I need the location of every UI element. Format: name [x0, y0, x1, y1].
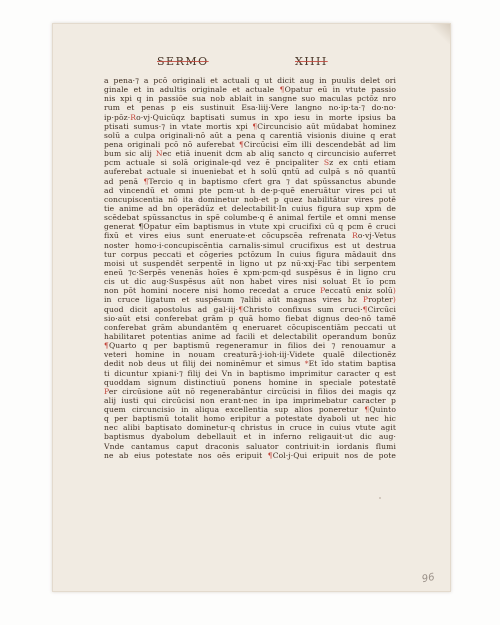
- text-line: nis xpi q in passiōe sua nob ablait in s…: [104, 94, 396, 103]
- text-line: pcm actuale si solā originale·qd vez ē p…: [104, 158, 396, 167]
- text-line: ne ab eius potestate nos oēs eripuit ¶Co…: [104, 451, 396, 460]
- text-line: pena originali pcō nō auferebat ¶Circūci…: [104, 140, 396, 149]
- text-line: eneū ⁊c·Serpēs venenās hoīes ē xpm·pcm·q…: [104, 268, 396, 277]
- text-line: ¶Quarto q per baptismū regeneramur in fi…: [104, 341, 396, 350]
- page-corner-fold: [430, 24, 450, 44]
- text-line: rum et penas p eis sustinuit Esa·liij·Ve…: [104, 103, 396, 112]
- text-line: conferebat grām abundantēm q eneruaret c…: [104, 323, 396, 332]
- text-line: tur corpus peccati et cōgeries pctōzum I…: [104, 250, 396, 259]
- rubric-mark: N: [156, 149, 163, 158]
- text-line: moisi ut suspendēt serpentē in ligno ut …: [104, 259, 396, 268]
- text-line: noster homo·i·concupiscēntia carnalis·si…: [104, 241, 396, 250]
- running-head: SERMO XIIII: [53, 55, 450, 69]
- text-line: fixū et vires eius sunt eneruate·et cōcu…: [104, 231, 396, 240]
- running-head-title: SERMO: [157, 55, 209, 68]
- rubric-mark: ): [393, 286, 396, 295]
- text-line: ptisati sumus·⁊ in vtate mortis xpi ¶Cir…: [104, 122, 396, 131]
- text-line: a pena·⁊ a pcō originali et actuali q ut…: [104, 76, 396, 85]
- text-line: bum sic alij Nec etiā inuenit dcm ab ali…: [104, 149, 396, 158]
- text-line: q per baptismū totalit homo eripitur a p…: [104, 414, 396, 423]
- book-page: SERMO XIIII a pena·⁊ a pcō originali et …: [52, 23, 451, 592]
- paper-speck: [379, 497, 381, 499]
- text-line: ginale et in adultis originale et actual…: [104, 85, 396, 94]
- text-line: nec alibi baptisato dominetur·q christus…: [104, 423, 396, 432]
- text-line: quoddam signum distinctiuū ponens homine…: [104, 378, 396, 387]
- text-line: veteri homine in nouam creaturā·j·ioh·ii…: [104, 350, 396, 359]
- running-head-sermon-number: XIIII: [295, 55, 328, 68]
- pencil-folio-number: 96: [421, 572, 436, 585]
- text-line: Vnde cantamus caput draconis saluator co…: [104, 442, 396, 451]
- text-line: concupiscentia nō ita dominetur nob·et p…: [104, 195, 396, 204]
- text-line: alij iusti qui circūcisi non erant·nec i…: [104, 396, 396, 405]
- text-line: baptismus dyabolum debellauit et in infe…: [104, 432, 396, 441]
- text-line: scēdebat spūssanctus in spē columbe·q ē …: [104, 213, 396, 222]
- text-line: ip·pōz·Ro·vj·Quicūqz baptisati sumus in …: [104, 113, 396, 122]
- rubric-mark: ): [393, 295, 396, 304]
- text-line: dedit nob deus ut filij dei nominēmur et…: [104, 359, 396, 368]
- text-line: auferebat actuale si inueniebat et h sol…: [104, 167, 396, 176]
- text-line: sio·aūt etsi conferebat grām p quā homo …: [104, 314, 396, 323]
- text-line: quod dicit apostolus ad gal·iij·¶Christo…: [104, 305, 396, 314]
- text-line: non pōt homini nocere nisi homo recedat …: [104, 286, 396, 295]
- text-line: generat ¶Opatur eīm baptismus in vtute x…: [104, 222, 396, 231]
- text-block: a pena·⁊ a pcō originali et actuali q ut…: [104, 76, 396, 460]
- text-line: in cruce ligatum et suspēsum ⁊alibi aūt …: [104, 295, 396, 304]
- text-line: quem circuncisio in aliqua excellentia s…: [104, 405, 396, 414]
- text-line: tie anime ad bn operādūz et delectabilit…: [104, 204, 396, 213]
- text-line: habilitaret potentias anime ad facili et…: [104, 332, 396, 341]
- text-line: ti dicuntur xpiani·⁊ filij dei Vn in bap…: [104, 369, 396, 378]
- text-line: cis ut dic aug·Suspēsus aūt non habet vi…: [104, 277, 396, 286]
- text-line: solū a culpa originali·nō aūt a pena q c…: [104, 131, 396, 140]
- text-line: ad penā ¶Tercio q in baptismo cfert gra …: [104, 177, 396, 186]
- text-line: ad vincendū et omni pte pcm·ut h de·p·qu…: [104, 186, 396, 195]
- text-line: Per circūsione aūt nō regenerabāntur cir…: [104, 387, 396, 396]
